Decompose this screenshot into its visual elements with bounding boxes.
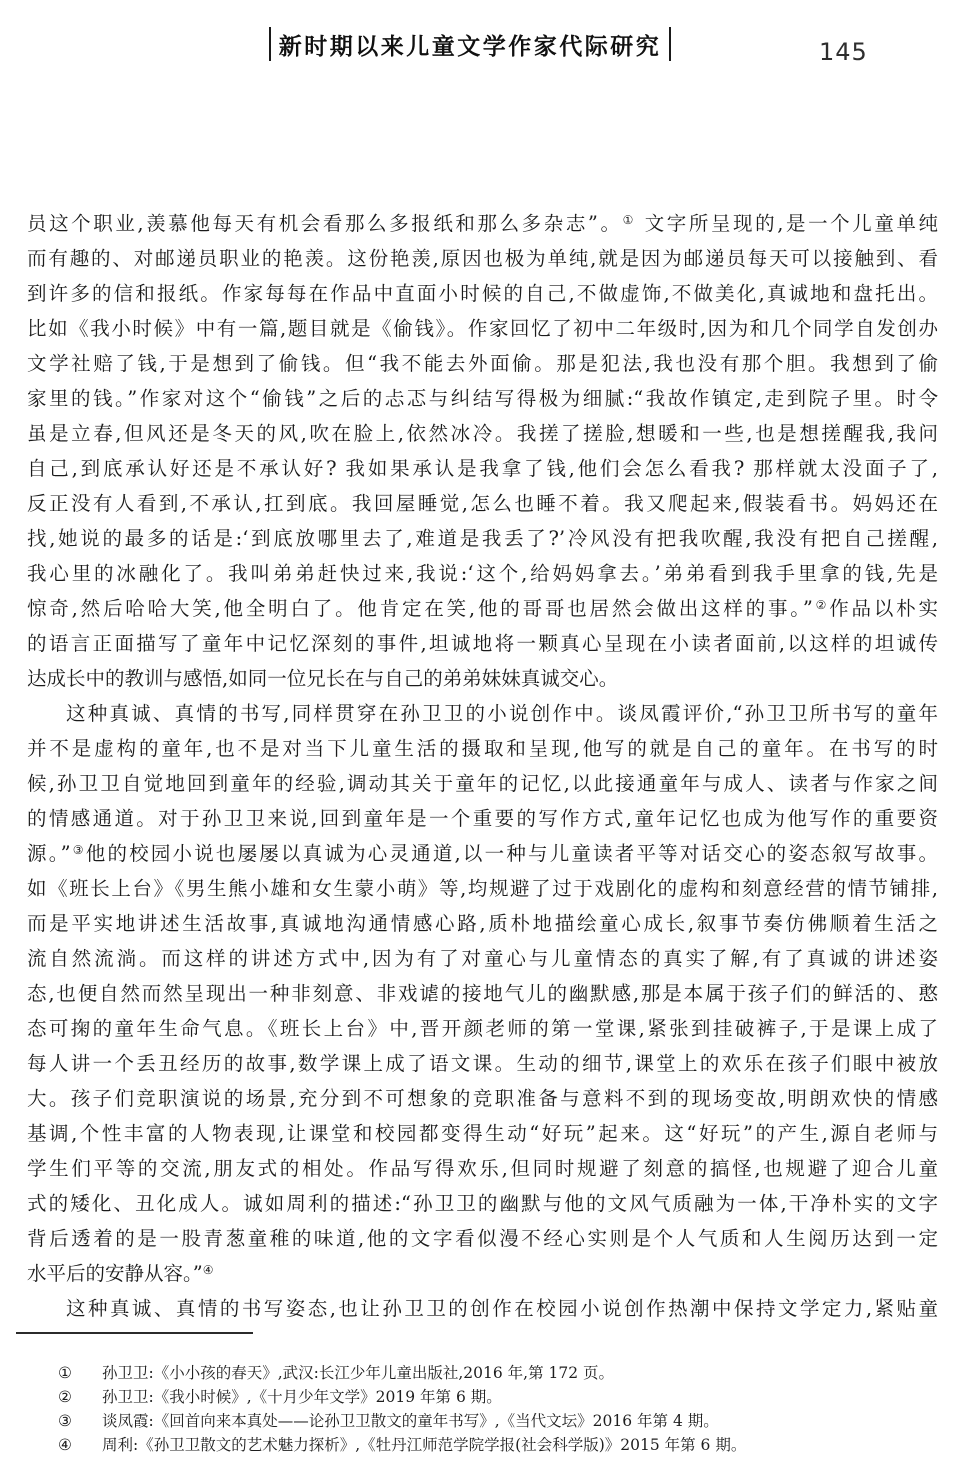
footnote-item: ② 孙卫卫:《我小时候》,《十月少年文学》2019 年第 6 期。 [58,1385,930,1409]
footnote-text: 孙卫卫:《小小孩的春天》,武汉:长江少年儿童出版社,2016 年,第 172 页… [102,1361,930,1385]
document-page: 新时期以来儿童文学作家代际研究 145 员这个职业,羡慕他每天有机会看那么多报纸… [0,0,958,1476]
footnote-marker: ① [58,1361,102,1385]
footnotes: ① 孙卫卫:《小小孩的春天》,武汉:长江少年儿童出版社,2016 年,第 172… [58,1361,930,1457]
text-line: 如《班长上台》《男生熊小雄和女生蒙小萌》等,均规避了过于戏剧化的虚构和刻意经营的… [27,871,938,906]
text-line: 候,孙卫卫自觉地回到童年的经验,调动其关于童年的记忆,以此接通童年与成人、读者与… [27,766,938,801]
text-line: 比如《我小时候》中有一篇,题目就是《偷钱》。作家回忆了初中二年级时,因为和几个同… [27,311,938,346]
title-bar-left-icon [269,27,271,61]
text-line: 式的矮化、丑化成人。诚如周利的描述:“孙卫卫的幽默与他的文风气质融为一体,干净朴… [27,1186,938,1221]
paragraph: 这种真诚、真情的书写姿态,也让孙卫卫的创作在校园小说创作热潮中保持文学定力,紧贴… [27,1291,938,1326]
text-line: 达成长中的教训与感悟,如同一位兄长在与自己的弟弟妹妹真诚交心。 [27,661,938,696]
footnote-marker: ② [58,1385,102,1409]
running-head: 新时期以来儿童文学作家代际研究 [0,27,958,61]
text-line: 文学社赔了钱,于是想到了偷钱。但“我不能去外面偷。那是犯法,我也没有那个胆。我想… [27,346,938,381]
page-title: 新时期以来儿童文学作家代际研究 [279,28,662,61]
footnote-item: ① 孙卫卫:《小小孩的春天》,武汉:长江少年儿童出版社,2016 年,第 172… [58,1361,930,1385]
title-bar-right-icon [669,27,671,61]
footnote-item: ④ 周利:《孙卫卫散文的艺术魅力探析》,《牡丹江师范学院学报(社会科学版)》20… [58,1433,930,1457]
footnote-divider [16,1332,253,1334]
text-line: 态可掬的童年生命气息。《班长上台》中,晋开颜老师的第一堂课,紧张到挂破裤子,于是… [27,1011,938,1046]
paragraph: 这种真诚、真情的书写,同样贯穿在孙卫卫的小说创作中。谈凤霞评价,“孙卫卫所书写的… [27,696,938,1291]
text-line: 的情感通道。对于孙卫卫来说,回到童年是一个重要的写作方式,童年记忆也成为他写作的… [27,801,938,836]
text-line: 虽是立春,但风还是冬天的风,吹在脸上,依然冰冷。我搓了搓脸,想暖和一些,也是想搓… [27,416,938,451]
text-line: 源。”③他的校园小说也屡屡以真诚为心灵通道,以一种与儿童读者平等对话交心的姿态叙… [27,836,938,871]
text-line: 态,也便自然而然呈现出一种非刻意、非戏谑的接地气儿的幽默感,那是本属于孩子们的鲜… [27,976,938,1011]
text-line: 惊奇,然后哈哈大笑,他全明白了。他肯定在笑,他的哥哥也居然会做出这样的事。”②作… [27,591,938,626]
footnote-text: 谈凤霞:《回首向来本真处——论孙卫卫散文的童年书写》,《当代文坛》2016 年第… [102,1409,930,1433]
text-line: 流自然流淌。而这样的讲述方式中,因为有了对童心与儿童情态的真实了解,有了真诚的讲… [27,941,938,976]
text-line: 员这个职业,羡慕他每天有机会看那么多报纸和那么多杂志”。① 文字所呈现的,是一个… [27,206,938,241]
text-line: 大。孩子们竞职演说的场景,充分到不可想象的竞职准备与意料不到的现场变故,明朗欢快… [27,1081,938,1116]
text-line: 找,她说的最多的话是:‘到底放哪里去了,难道是我丢了?’冷风没有把我吹醒,我没有… [27,521,938,556]
footnote-text: 周利:《孙卫卫散文的艺术魅力探析》,《牡丹江师范学院学报(社会科学版)》2015… [102,1433,930,1457]
text-line: 到许多的信和报纸。作家每每在作品中直面小时候的自己,不做虚饰,不做美化,真诚地和… [27,276,938,311]
text-line: 学生们平等的交流,朋友式的相处。作品写得欢乐,但同时规避了刻意的搞怪,也规避了迎… [27,1151,938,1186]
text-line: 水平后的安静从容。”④ [27,1256,938,1291]
footnote-marker: ③ [58,1409,102,1433]
page-number: 145 [819,38,868,66]
text-line: 自己,到底承认好还是不承认好? 我如果承认是我拿了钱,他们会怎么看我? 那样就太… [27,451,938,486]
footnote-text: 孙卫卫:《我小时候》,《十月少年文学》2019 年第 6 期。 [102,1385,930,1409]
text-line: 背后透着的是一股青葱童稚的味道,他的文字看似漫不经心实则是个人气质和人生阅历达到… [27,1221,938,1256]
text-line: 反正没有人看到,不承认,扛到底。我回屋睡觉,怎么也睡不着。我又爬起来,假装看书。… [27,486,938,521]
text-line: 家里的钱。”作家对这个“偷钱”之后的忐忑与纠结写得极为细腻:“我故作镇定,走到院… [27,381,938,416]
text-line: 而是平实地讲述生活故事,真诚地沟通情感心路,质朴地描绘童心成长,叙事节奏仿佛顺着… [27,906,938,941]
text-line: 每人讲一个丢丑经历的故事,数学课上成了语文课。生动的细节,课堂上的欢乐在孩子们眼… [27,1046,938,1081]
paragraph: 员这个职业,羡慕他每天有机会看那么多报纸和那么多杂志”。① 文字所呈现的,是一个… [27,206,938,696]
footnote-marker: ④ [58,1433,102,1457]
text-line: 我心里的冰融化了。我叫弟弟赶快过来,我说:‘这个,给妈妈拿去。’弟弟看到我手里拿… [27,556,938,591]
text-line: 并不是虚构的童年,也不是对当下儿童生活的摄取和呈现,他写的就是自己的童年。在书写… [27,731,938,766]
footnote-item: ③ 谈凤霞:《回首向来本真处——论孙卫卫散文的童年书写》,《当代文坛》2016 … [58,1409,930,1433]
text-line: 的语言正面描写了童年中记忆深刻的事件,坦诚地将一颗真心呈现在小读者面前,以这样的… [27,626,938,661]
text-line: 而有趣的、对邮递员职业的艳羡。这份艳羡,原因也极为单纯,就是因为邮递员每天可以接… [27,241,938,276]
text-line: 这种真诚、真情的书写,同样贯穿在孙卫卫的小说创作中。谈凤霞评价,“孙卫卫所书写的… [27,696,938,731]
body-text: 员这个职业,羡慕他每天有机会看那么多报纸和那么多杂志”。① 文字所呈现的,是一个… [27,206,938,1326]
text-line: 基调,个性丰富的人物表现,让课堂和校园都变得生动“好玩”起来。这“好玩”的产生,… [27,1116,938,1151]
text-line: 这种真诚、真情的书写姿态,也让孙卫卫的创作在校园小说创作热潮中保持文学定力,紧贴… [27,1291,938,1326]
